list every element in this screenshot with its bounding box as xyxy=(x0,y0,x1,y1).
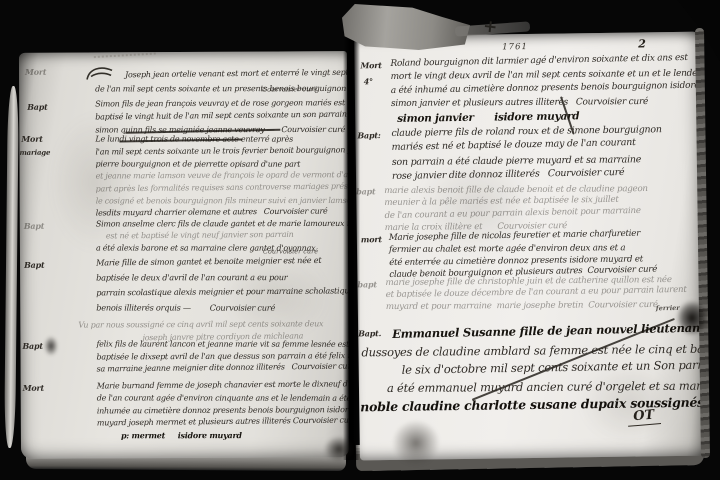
register-line: p: mermet isidore muyard xyxy=(121,430,242,440)
margin-annotation: Mort xyxy=(23,383,44,393)
register-line: a été emmanuel muyard ancien curé d'orge… xyxy=(387,378,708,395)
register-line: parrain scolastique alexis meignier et p… xyxy=(96,285,349,297)
register-line: sa marraine jeanne meignier dite donnoz … xyxy=(97,362,350,374)
register-line: simon quinn fils se meigniée jeanne veuv… xyxy=(95,125,345,135)
register-line: son parrain a été claude pierre muyard e… xyxy=(392,154,641,168)
right-page: 1761 2 ferrier OT Mort4°Roland bourguign… xyxy=(354,32,708,461)
register-line: Joseph jean ortelie venant est mort et e… xyxy=(125,68,348,80)
register-line: mort le vingt deux avril de l'an mil sep… xyxy=(391,69,708,83)
paper-stain xyxy=(44,336,58,356)
register-line: et jeanne marie lamson veuve de françois… xyxy=(96,170,349,180)
register-line: est né et baptisé le vingt neuf janvier … xyxy=(106,230,294,241)
margin-annotation: mariage xyxy=(19,148,50,157)
register-line: benois illiterés orquis — Courvoisier cu… xyxy=(96,302,275,312)
margin-annotation: bapt xyxy=(357,279,376,289)
register-line: a été inhumé au cimetière donnoz present… xyxy=(391,80,708,96)
register-line: inhumée au cimetière donnoz presents ben… xyxy=(97,405,349,415)
register-line: baptisée le dixsept avril de l'an que de… xyxy=(97,351,350,361)
margin-annotation: Bapt xyxy=(24,260,44,270)
cross-mark: + xyxy=(482,16,499,38)
flourish-mark xyxy=(85,64,115,82)
margin-annotation: Bapt xyxy=(27,102,47,112)
register-line: muyard joseph mermet et plusieurs autres… xyxy=(97,415,349,427)
paper-stain xyxy=(392,420,440,466)
register-line: Simon anselme clerc fils de claude gante… xyxy=(96,219,349,229)
register-line: Le lundi vingt trois de novembre acte en… xyxy=(95,134,293,143)
register-line: de l'an courant agée d'environ cinquante… xyxy=(97,394,349,403)
register-line: baptisé le vingt huit de l'an mil sept c… xyxy=(95,109,349,121)
faded-scribble xyxy=(94,53,156,65)
margin-annotation: Bapt: xyxy=(357,130,380,140)
register-line: simon janvier et plusieurs autres illite… xyxy=(391,97,648,109)
register-line: fermier au chalet est morte agée d'envir… xyxy=(389,244,625,256)
page-stack-edge-left xyxy=(4,86,19,448)
margin-annotation: Bapt xyxy=(22,341,42,351)
register-line: Marie burnand femme de joseph chanavier … xyxy=(97,379,349,390)
register-line: dussoyes de claudine amblard sa femme es… xyxy=(361,341,708,359)
register-line: felix fils de laurent lancon et jeanne m… xyxy=(96,339,349,348)
manuscript-scan: Courvoisier curé Courvoisier curé MortJo… xyxy=(0,0,720,480)
register-line: rose janvier dite donnoz illiterés Courv… xyxy=(392,167,625,182)
margin-annotation: Bapt xyxy=(24,221,44,231)
register-line: Roland bourguignon dit larmier agé d'env… xyxy=(390,53,687,69)
year-header: 1761 xyxy=(502,42,528,52)
register-line: simon janvier isidore muyard xyxy=(397,110,579,125)
left-page: Courvoisier curé Courvoisier curé MortJo… xyxy=(19,51,349,459)
margin-annotation: Bapt. xyxy=(358,328,381,338)
margin-annotation: Mort xyxy=(25,67,46,77)
book-gutter xyxy=(343,34,360,460)
register-line: Simon fils de jean françois veuvray et d… xyxy=(95,98,349,108)
register-line: de l'an mil sept cents soixante et un pr… xyxy=(95,83,346,93)
register-line: Vu par nous soussigné ce cinq avril mil … xyxy=(78,319,323,329)
paper-stain xyxy=(324,436,354,462)
margin-annotation: mort xyxy=(361,234,382,244)
register-line: muyard et pour marraine marie josephe br… xyxy=(386,300,658,312)
register-line: le cosigné et benois bourguignon fils mi… xyxy=(96,196,349,206)
register-line: pierre bourguignon et de pierrette opisa… xyxy=(96,160,301,169)
register-line: l'an mil sept cents soixante un le trois… xyxy=(95,145,349,156)
register-line: marie alexis benoit fille de claude beno… xyxy=(384,184,648,196)
margin-annotation: Mort xyxy=(21,134,42,144)
ink-blot xyxy=(676,300,708,336)
register-line: mariés est né et baptisé le douze may de… xyxy=(392,137,636,153)
register-line: a été alexis barone et sa marraine clere… xyxy=(96,244,315,253)
register-line: Emmanuel Susanne fille de jean nouvel li… xyxy=(392,321,705,341)
margin-annotation: Mort xyxy=(360,60,381,70)
torn-paper-fragment xyxy=(342,4,470,50)
register-line: baptisée le deux d'avril de l'an courant… xyxy=(96,272,287,282)
page-number: 2 xyxy=(638,37,646,50)
register-line: lesdits muyard charrier olemane et autre… xyxy=(96,207,328,218)
margin-annotation: 4° xyxy=(364,76,373,86)
